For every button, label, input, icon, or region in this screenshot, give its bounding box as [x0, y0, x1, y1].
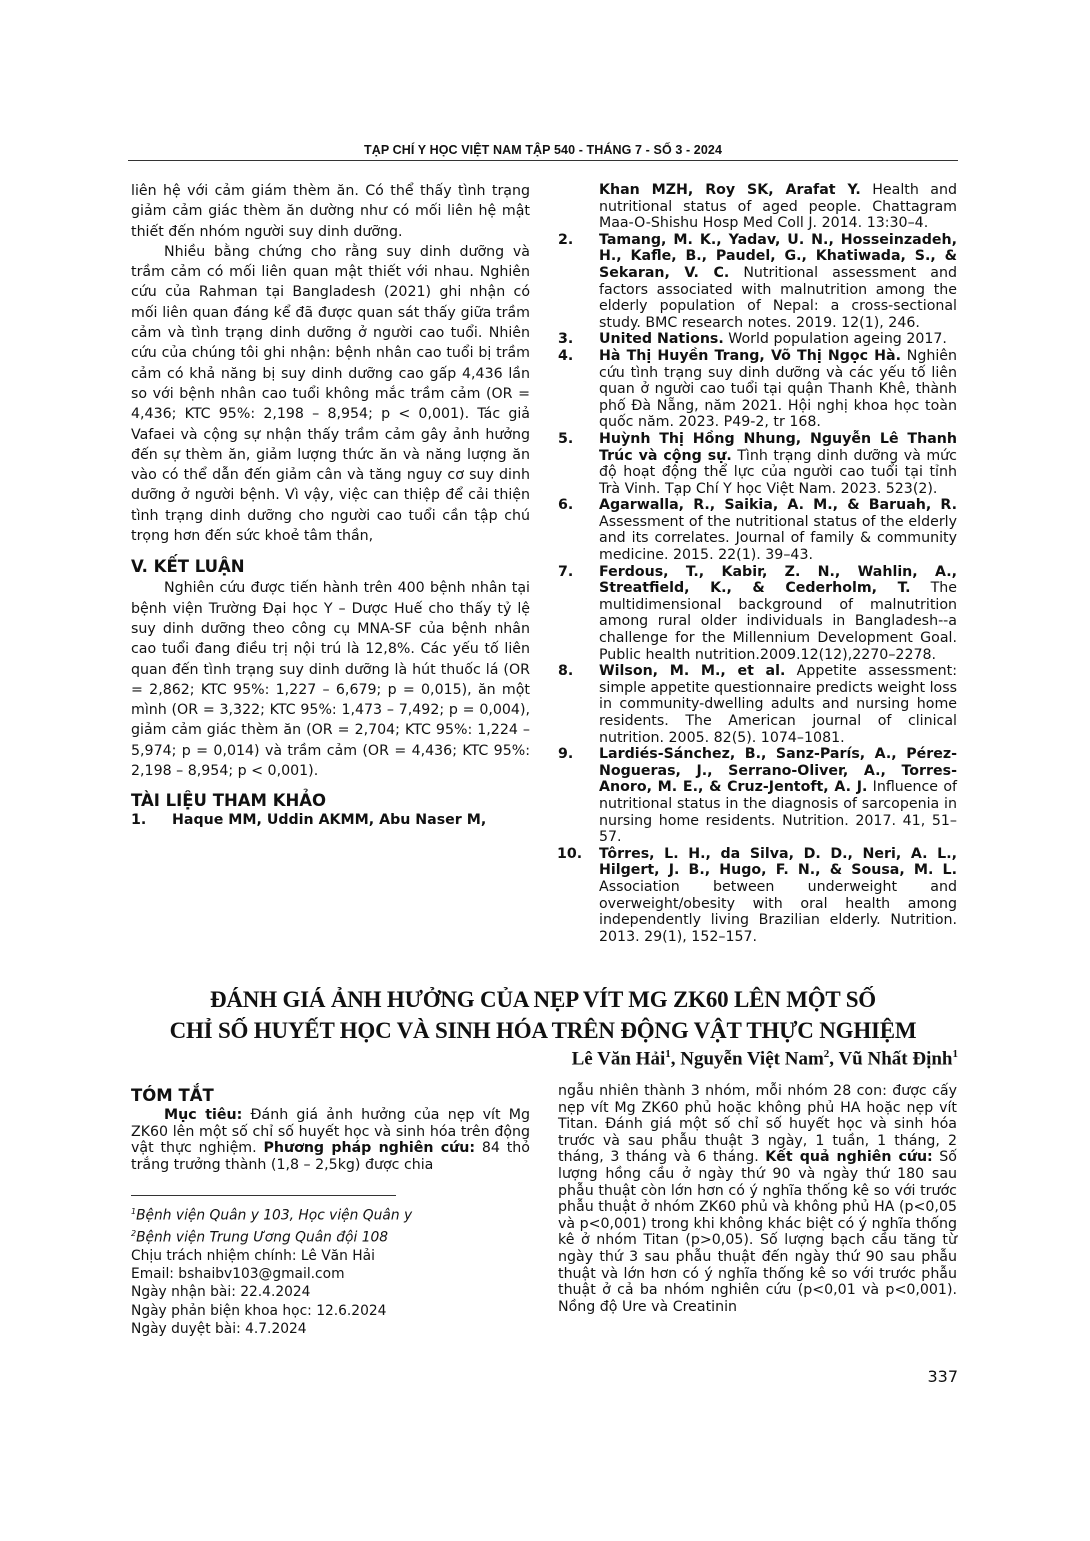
conclusion-paragraph: Nghiên cứu được tiến hành trên 400 bệnh … — [131, 578, 530, 781]
affiliation-2: 2Bệnh viện Trung Ương Quân đội 108 — [131, 1225, 541, 1247]
article-title-line: ĐÁNH GIÁ ẢNH HƯỞNG CỦA NẸP VÍT MG ZK60 L… — [128, 984, 958, 1015]
abstract-text: Số lượng hồng cầu ở ngày thứ 90 và ngày … — [558, 1149, 957, 1314]
article-title: ĐÁNH GIÁ ẢNH HƯỞNG CỦA NẸP VÍT MG ZK60 L… — [128, 984, 958, 1046]
section-heading-conclusion: V. KẾT LUẬN — [131, 556, 530, 578]
reference-authors: Hà Thị Huyền Trang, Võ Thị Ngọc Hà. — [599, 348, 901, 364]
reference-text: Assessment of the nutritional status of … — [599, 514, 957, 563]
abstract-left: TÓM TẮT Mục tiêu: Đánh giá ảnh hưởng của… — [131, 1085, 530, 1173]
abstract-label-results: Kết quả nghiên cứu: — [765, 1149, 932, 1165]
affiliation-1: 1Bệnh viện Quân y 103, Học viện Quân y — [131, 1203, 541, 1225]
reference-item: 6. Agarwalla, R., Saikia, A. M., & Barua… — [558, 497, 957, 563]
affiliation-marker: 1 — [953, 1048, 959, 1060]
reference-item: 10. Tôrres, L. H., da Silva, D. D., Neri… — [558, 846, 957, 946]
reference-authors: Haque MM, Uddin AKMM, Abu Naser M, — [172, 812, 486, 828]
abstract-paragraph: ngẫu nhiên thành 3 nhóm, mỗi nhóm 28 con… — [558, 1083, 957, 1315]
author-name: Lê Văn Hải — [572, 1048, 666, 1069]
reference-authors: Khan MZH, Roy SK, Arafat Y. — [599, 182, 861, 198]
page-number: 337 — [927, 1367, 958, 1386]
reference-authors: Agarwalla, R., Saikia, A. M., & Baruah, … — [599, 497, 957, 513]
received-date: Ngày nhận bài: 22.4.2024 — [131, 1283, 541, 1301]
reference-number: 4. — [558, 348, 573, 365]
reference-item: 2. Tamang, M. K., Yadav, U. N., Hosseinz… — [558, 232, 957, 332]
reference-item: 8. Wilson, M. M., et al. Appetite assess… — [558, 663, 957, 746]
accepted-date: Ngày duyệt bài: 4.7.2024 — [131, 1320, 541, 1338]
reference-item: 4. Hà Thị Huyền Trang, Võ Thị Ngọc Hà. N… — [558, 348, 957, 431]
reference-text: Association between underweight and over… — [599, 879, 957, 945]
abstract-right: ngẫu nhiên thành 3 nhóm, mỗi nhóm 28 con… — [558, 1083, 957, 1315]
reference-number: 10. — [557, 846, 582, 863]
reference-item-continued: Khan MZH, Roy SK, Arafat Y. Health and n… — [558, 182, 957, 232]
reference-item: 7. Ferdous, T., Kabir, Z. N., Wahlin, A.… — [558, 564, 957, 664]
abstract-label-objective: Mục tiêu: — [164, 1107, 242, 1123]
footnote-rule — [131, 1195, 396, 1196]
affiliation-text: Bệnh viện Trung Ương Quân đội 108 — [136, 1229, 388, 1245]
reference-number: 2. — [558, 232, 573, 249]
body-paragraph: Nhiều bằng chứng cho rằng suy dinh dưỡng… — [131, 242, 530, 546]
footnotes: 1Bệnh viện Quân y 103, Học viện Quân y 2… — [131, 1203, 541, 1338]
section-heading-references: TÀI LIỆU THAM KHẢO — [131, 790, 530, 812]
reference-item: 1. Haque MM, Uddin AKMM, Abu Naser M, — [131, 812, 530, 829]
reference-authors: Wilson, M. M., et al. — [599, 663, 785, 679]
reference-number: 6. — [558, 497, 573, 514]
author-list: Lê Văn Hải1, Nguyễn Việt Nam2, Vũ Nhất Đ… — [572, 1048, 958, 1070]
review-date: Ngày phản biện khoa học: 12.6.2024 — [131, 1302, 541, 1320]
reference-number: 9. — [558, 746, 573, 763]
reference-number: 5. — [558, 431, 573, 448]
header-rule — [128, 160, 958, 161]
reference-item: 9. Lardiés-Sánchez, B., Sanz-París, A., … — [558, 746, 957, 846]
running-head: TẠP CHÍ Y HỌC VIỆT NAM TẬP 540 - THÁNG 7… — [128, 143, 958, 157]
abstract-paragraph: Mục tiêu: Đánh giá ảnh hưởng của nẹp vít… — [131, 1107, 530, 1173]
reference-authors: Ferdous, T., Kabir, Z. N., Wahlin, A., S… — [599, 564, 957, 597]
reference-text: World population ageing 2017. — [724, 331, 947, 347]
abstract-heading: TÓM TẮT — [131, 1085, 530, 1107]
reference-number: 7. — [558, 564, 573, 581]
journal-page: TẠP CHÍ Y HỌC VIỆT NAM TẬP 540 - THÁNG 7… — [0, 0, 1090, 1541]
affiliation-text: Bệnh viện Quân y 103, Học viện Quân y — [136, 1208, 412, 1224]
abstract-label-methods: Phương pháp nghiên cứu: — [263, 1140, 475, 1156]
reference-authors: Tôrres, L. H., da Silva, D. D., Neri, A.… — [599, 846, 957, 879]
article-title-line: CHỈ SỐ HUYẾT HỌC VÀ SINH HÓA TRÊN ĐỘNG V… — [128, 1015, 958, 1046]
reference-number: 3. — [558, 331, 573, 348]
reference-item: 3. United Nations. World population agei… — [558, 331, 957, 348]
corresponding-author: Chịu trách nhiệm chính: Lê Văn Hải — [131, 1247, 541, 1265]
reference-number: 1. — [131, 812, 146, 829]
left-column: liên hệ với cảm giám thèm ăn. Có thể thấ… — [131, 181, 530, 829]
body-paragraph: liên hệ với cảm giám thèm ăn. Có thể thấ… — [131, 181, 530, 242]
reference-authors: United Nations. — [599, 331, 724, 347]
reference-item: 5. Huỳnh Thị Hồng Nhung, Nguyễn Lê Thanh… — [558, 431, 957, 497]
author-separator: , — [671, 1048, 681, 1069]
author-name: Nguyễn Việt Nam — [680, 1048, 824, 1069]
reference-number: 8. — [558, 663, 573, 680]
email-line[interactable]: Email: bshaibv103@gmail.com — [131, 1265, 541, 1283]
author-name: Vũ Nhất Định — [838, 1048, 952, 1069]
right-column-references: Khan MZH, Roy SK, Arafat Y. Health and n… — [558, 182, 957, 945]
